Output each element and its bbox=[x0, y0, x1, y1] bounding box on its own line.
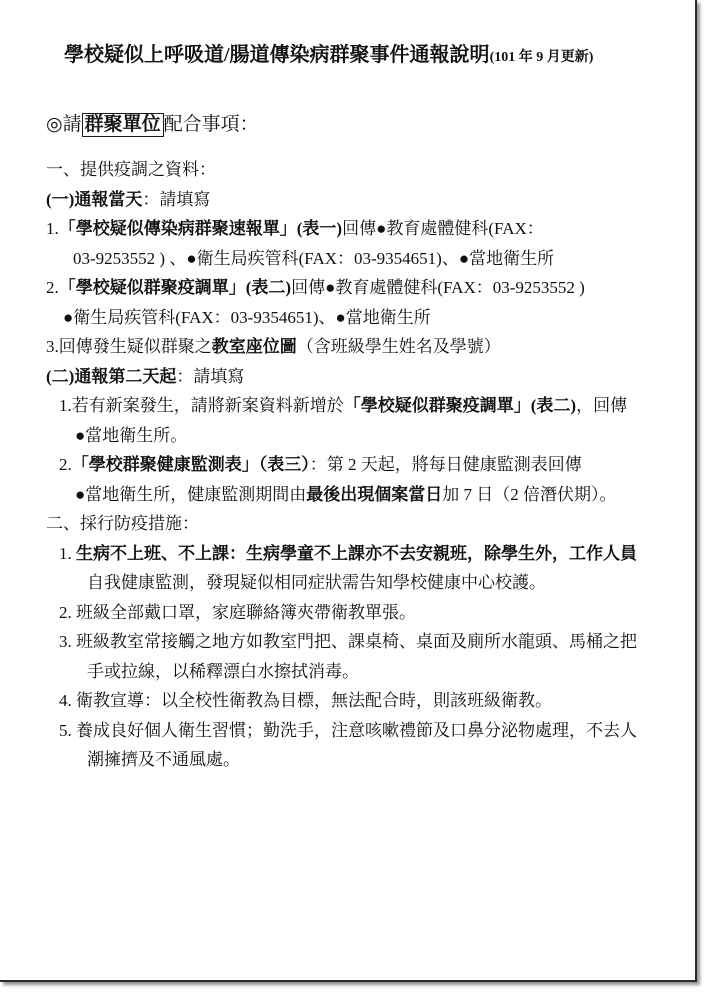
document-line: ●衛生局疾管科(FAX：03-9354651)、●當地衛生所 bbox=[63, 303, 667, 333]
text-segment: 最後出現個案當日 bbox=[306, 485, 442, 504]
text-segment: （含班級學生姓名及學號） bbox=[297, 337, 501, 356]
document-line: 手或拉線，以稀釋漂白水擦拭消毒。 bbox=[87, 657, 667, 687]
document-line: 自我健康監測，發現疑似相同症狀需告知學校健康中心校護。 bbox=[87, 568, 667, 598]
text-segment: 手或拉線，以稀釋漂白水擦拭消毒。 bbox=[87, 662, 359, 681]
document-line: 2. 班級全部戴口罩，家庭聯絡簿夾帶衛教單張。 bbox=[59, 598, 667, 628]
document-line: 3.回傳發生疑似群聚之教室座位圖（含班級學生姓名及學號） bbox=[46, 332, 667, 362]
title-update-note: (101 年 9 月更新) bbox=[490, 50, 594, 65]
text-segment: 4. 衛教宣導：以全校性衛教為目標，無法配合時，則該班級衛教。 bbox=[59, 691, 552, 710]
text-segment: 03-9253552 ) 、●衛生局疾管科(FAX：03-9354651)、●當… bbox=[73, 249, 554, 268]
document-page: 學校疑似上呼吸道/腸道傳染病群聚事件通報說明(101 年 9 月更新) ◎請群聚… bbox=[0, 0, 697, 982]
text-segment: 1. bbox=[59, 544, 76, 563]
text-segment: (二)通報第二天起 bbox=[46, 367, 176, 386]
document-line: ●當地衛生所。 bbox=[75, 421, 667, 451]
text-segment: 2. bbox=[46, 278, 59, 297]
notice-prefix: ◎請 bbox=[46, 114, 82, 135]
text-segment: 「學校疑似群聚疫調單」(表二) bbox=[344, 396, 576, 415]
text-segment: 自我健康監測，發現疑似相同症狀需告知學校健康中心校護。 bbox=[87, 573, 546, 592]
text-segment: 「學校疑似傳染病群聚速報單」(表一) bbox=[59, 219, 342, 238]
document-line: 5. 養成良好個人衛生習慣；勤洗手，注意咳嗽禮節及口鼻分泌物處理，不去人 bbox=[59, 716, 667, 746]
notice-line: ◎請群聚單位配合事項： bbox=[46, 111, 667, 139]
text-segment: ，回傳 bbox=[576, 396, 627, 415]
text-segment: ：請填寫 bbox=[176, 367, 244, 386]
document-line: 一、提供疫調之資料： bbox=[46, 155, 667, 185]
document-line: 潮擁擠及不通風處。 bbox=[87, 745, 667, 775]
text-segment: 「學校群聚健康監測表」（表三） bbox=[72, 455, 310, 474]
text-segment: 1. bbox=[46, 219, 59, 238]
text-segment: 一、提供疫調之資料： bbox=[46, 160, 216, 179]
text-segment: 加 7 日（2 倍潛伏期）。 bbox=[442, 485, 616, 504]
document-content: 學校疑似上呼吸道/腸道傳染病群聚事件通報說明(101 年 9 月更新) ◎請群聚… bbox=[0, 0, 695, 980]
text-segment: (一)通報當天 bbox=[46, 190, 142, 209]
document-line: 1. 生病不上班、不上課：生病學童不上課亦不去安親班，除學生外，工作人員 bbox=[59, 539, 667, 569]
document-line: 二、採行防疫措施： bbox=[46, 509, 667, 539]
text-segment: 「學校疑似群聚疫調單」(表二) bbox=[59, 278, 291, 297]
document-line: 3. 班級教室常接觸之地方如教室門把、課桌椅、桌面及廁所水龍頭、馬桶之把 bbox=[59, 627, 667, 657]
text-segment: 2. bbox=[59, 455, 72, 474]
text-segment: ：請填寫 bbox=[142, 190, 210, 209]
text-segment: 若有新案發生，請將新案資料新增於 bbox=[72, 396, 344, 415]
document-line: 4. 衛教宣導：以全校性衛教為目標，無法配合時，則該班級衛教。 bbox=[59, 686, 667, 716]
document-line: 1.若有新案發生，請將新案資料新增於「學校疑似群聚疫調單」(表二)，回傳 bbox=[59, 391, 667, 421]
text-segment: 回傳發生疑似群聚之 bbox=[59, 337, 212, 356]
document-body: 一、提供疫調之資料：(一)通報當天：請填寫1.「學校疑似傳染病群聚速報單」(表一… bbox=[46, 155, 667, 775]
document-line: 03-9253552 ) 、●衛生局疾管科(FAX：03-9354651)、●當… bbox=[73, 244, 667, 274]
text-segment: 5. 養成良好個人衛生習慣；勤洗手，注意咳嗽禮節及口鼻分泌物處理，不去人 bbox=[59, 721, 637, 740]
text-segment: ●衛生局疾管科(FAX：03-9354651)、●當地衛生所 bbox=[63, 308, 431, 327]
text-segment: 二、採行防疫措施： bbox=[46, 514, 199, 533]
document-line: (一)通報當天：請填寫 bbox=[46, 185, 667, 215]
text-segment: 回傳●教育處體健科(FAX： bbox=[342, 219, 544, 238]
notice-suffix: 配合事項： bbox=[164, 114, 259, 135]
document-line: (二)通報第二天起：請填寫 bbox=[46, 362, 667, 392]
document-line: 2.「學校疑似群聚疫調單」(表二)回傳●教育處體健科(FAX：03-925355… bbox=[46, 273, 667, 303]
document-title: 學校疑似上呼吸道/腸道傳染病群聚事件通報說明(101 年 9 月更新) bbox=[64, 42, 667, 71]
document-line: 1.「學校疑似傳染病群聚速報單」(表一)回傳●教育處體健科(FAX： bbox=[46, 214, 667, 244]
text-segment: ●當地衛生所，健康監測期間由 bbox=[75, 485, 306, 504]
text-segment: 1. bbox=[59, 396, 72, 415]
text-segment: 2. 班級全部戴口罩，家庭聯絡簿夾帶衛教單張。 bbox=[59, 603, 416, 622]
text-segment: ：第 2 天起，將每日健康監測表回傳 bbox=[310, 455, 582, 474]
boxed-term: 群聚單位 bbox=[82, 113, 164, 137]
text-segment: 3. bbox=[46, 337, 59, 356]
text-segment: 生病不上班、不上課：生病學童不上課亦不去安親班，除學生外，工作人員 bbox=[76, 544, 637, 563]
document-line: ●當地衛生所，健康監測期間由最後出現個案當日加 7 日（2 倍潛伏期）。 bbox=[75, 480, 667, 510]
text-segment: ●當地衛生所。 bbox=[75, 426, 187, 445]
text-segment: 回傳●教育處體健科(FAX：03-9253552 ) bbox=[291, 278, 585, 297]
title-main: 學校疑似上呼吸道/腸道傳染病群聚事件通報說明 bbox=[64, 44, 490, 66]
text-segment: 教室座位圖 bbox=[212, 337, 297, 356]
text-segment: 潮擁擠及不通風處。 bbox=[87, 750, 240, 769]
document-line: 2.「學校群聚健康監測表」（表三）：第 2 天起，將每日健康監測表回傳 bbox=[59, 450, 667, 480]
text-segment: 3. 班級教室常接觸之地方如教室門把、課桌椅、桌面及廁所水龍頭、馬桶之把 bbox=[59, 632, 637, 651]
